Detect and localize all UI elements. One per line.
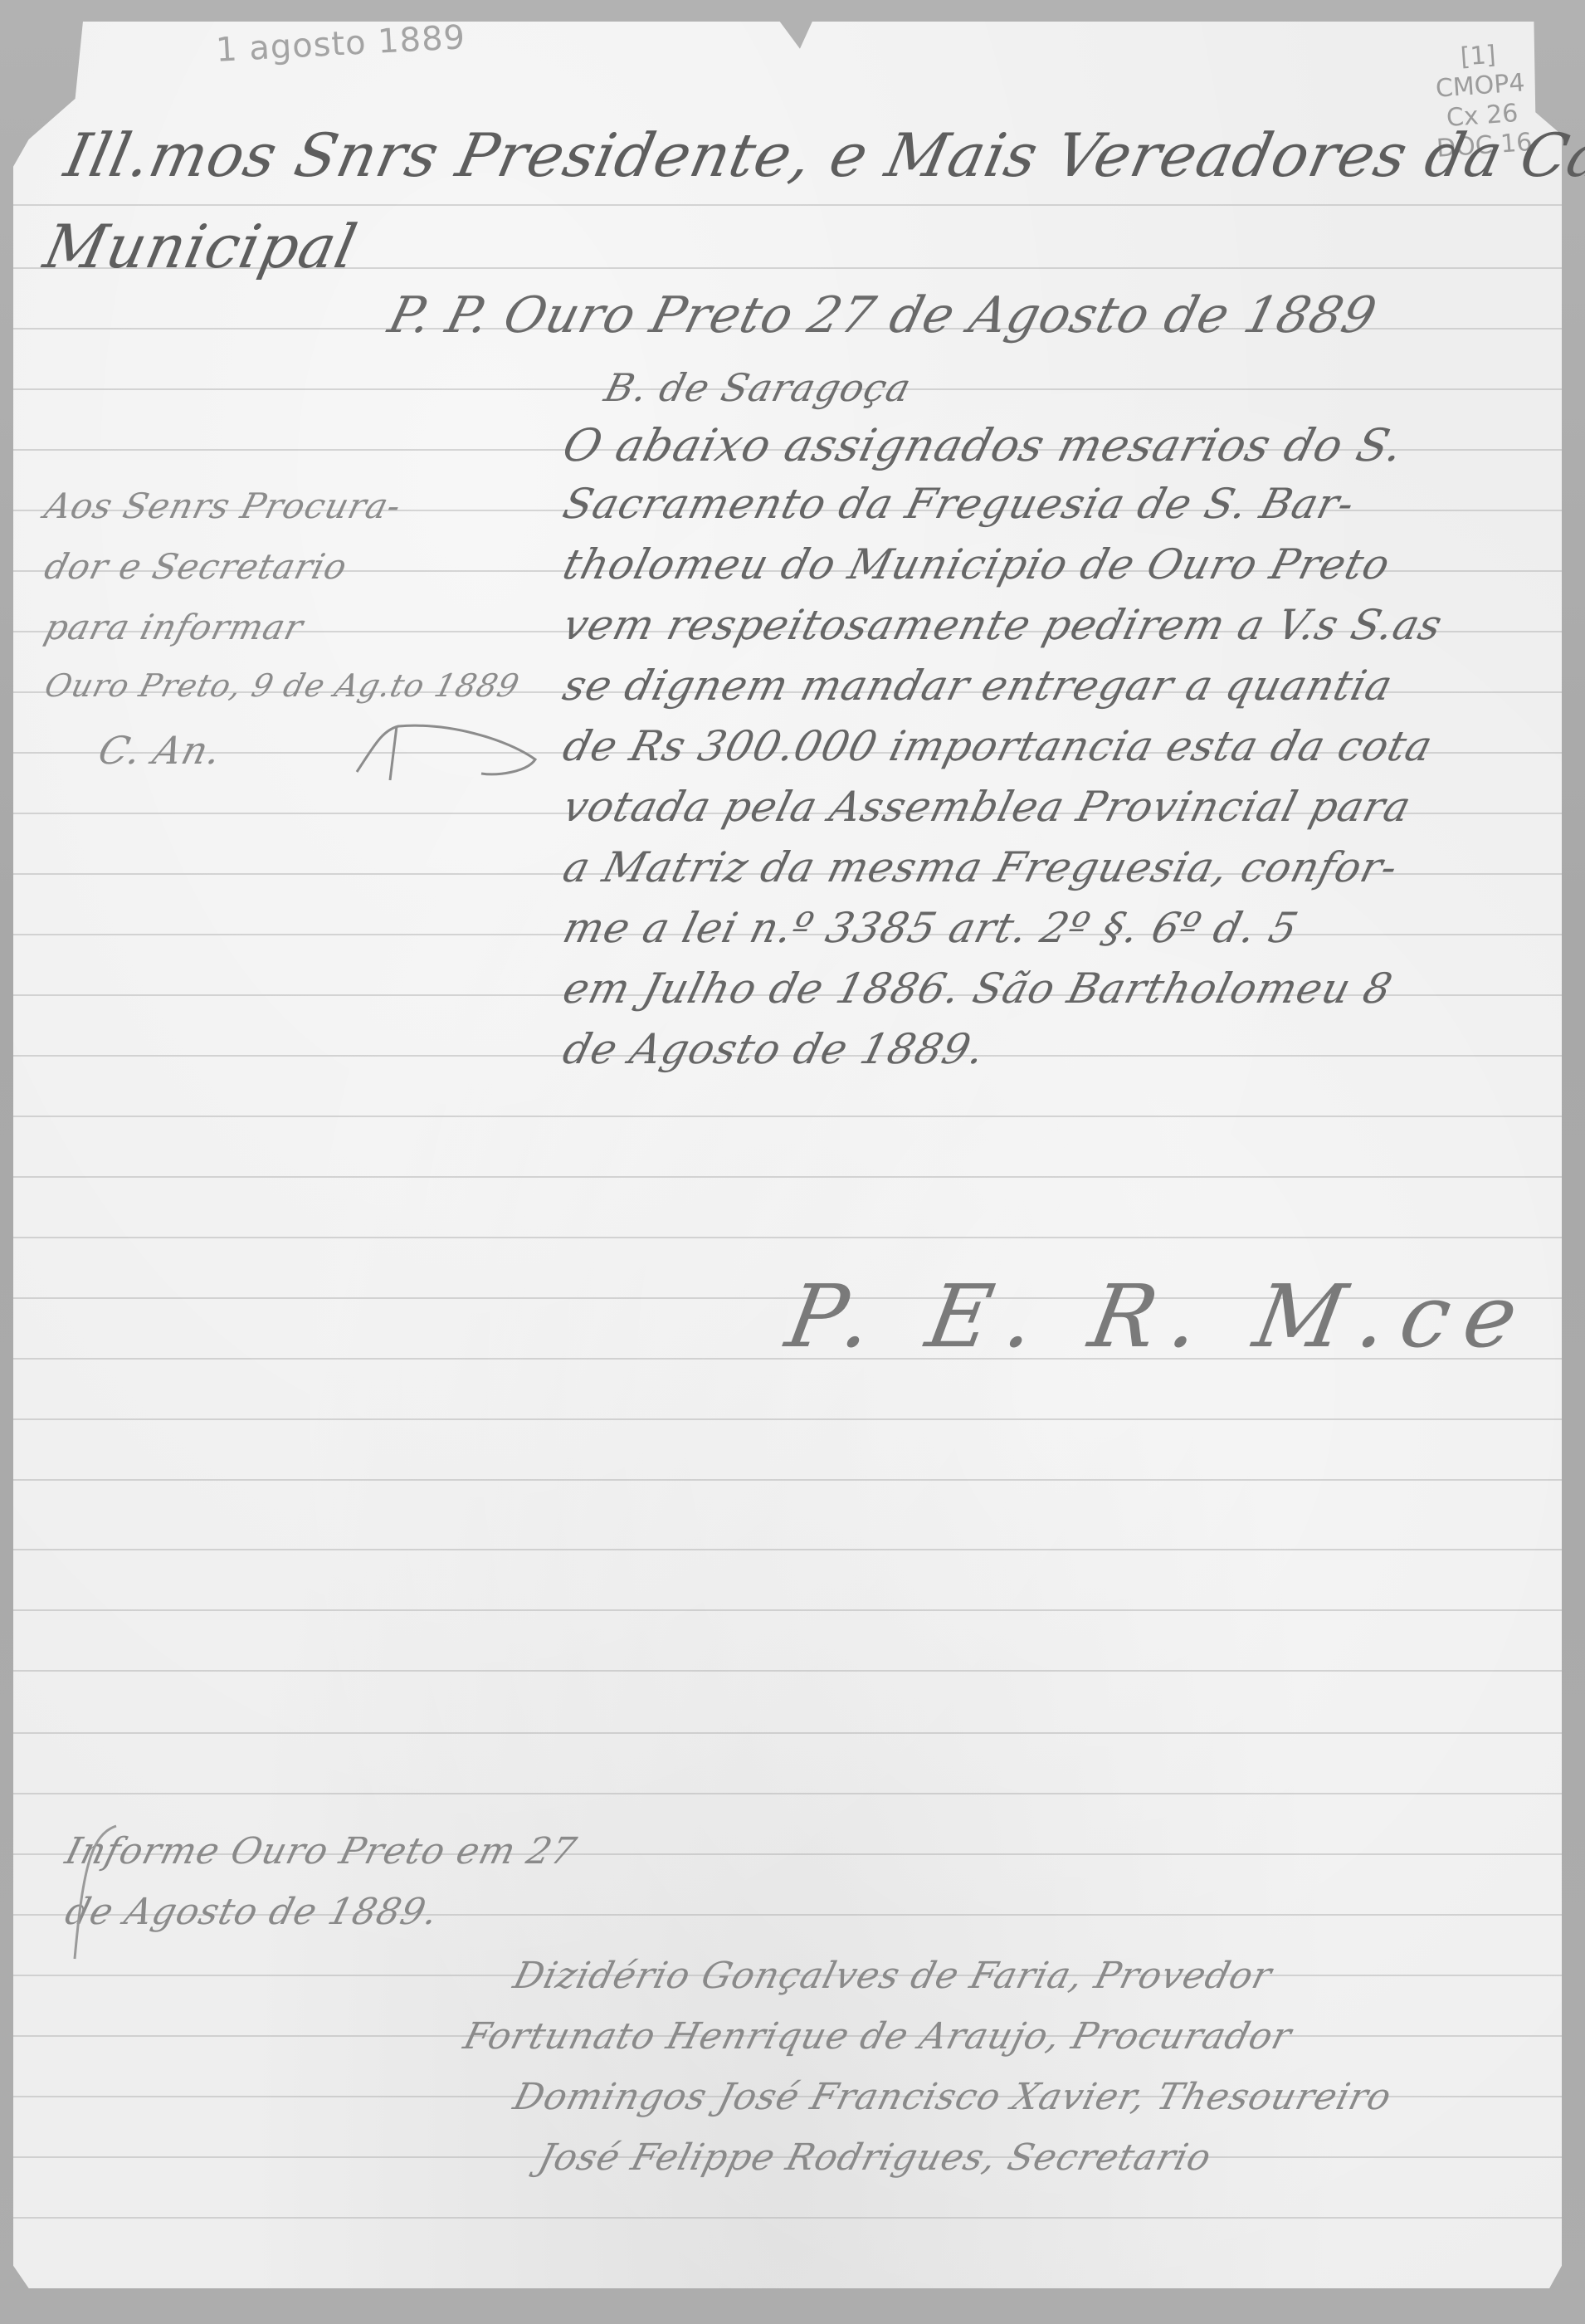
ruled-line (13, 1732, 1562, 1734)
ruled-line (13, 1116, 1562, 1117)
signatory: Fortunato Henrique de Araujo, Procurador (460, 2015, 1296, 2058)
body-line: a Matriz da mesma Freguesia, confor- (558, 843, 1403, 891)
ruled-line (13, 204, 1562, 206)
body-line: O abaixo assignados mesarios do S. (558, 419, 1409, 471)
bottom-note-line: Informe Ouro Preto em 27 (61, 1830, 581, 1872)
body-line: de Agosto de 1889. (558, 1025, 991, 1073)
ruled-line (13, 1237, 1562, 1238)
body-line: me a lei n.º 3385 art. 2º §. 6º d. 5 (558, 904, 1304, 952)
closing-formula: P. E. R. M.ce (779, 1266, 1539, 1367)
ruled-line (13, 1609, 1562, 1611)
body-line: vem respeitosamente pedirem a V.s S.as (558, 601, 1448, 649)
body-line: votada pela Assemblea Provincial para (558, 783, 1417, 831)
signatory: Dizidério Gonçalves de Faria, Provedor (510, 1955, 1276, 1997)
body-line: se dignem mandar entregar a quantia (558, 662, 1398, 710)
margin-note-signature: C. An. (94, 728, 227, 773)
ruled-line (13, 1479, 1562, 1481)
ruled-line (13, 1418, 1562, 1420)
margin-note-line: Aos Senrs Procura- (41, 486, 406, 526)
ruled-line (13, 1549, 1562, 1550)
salutation-line-1: Ill.mos Snrs Presidente, e Mais Vereador… (59, 120, 1585, 190)
salutation-line-2: Municipal (38, 212, 363, 281)
manuscript-page (13, 22, 1562, 2288)
body-line: Sacramento da Freguesia de S. Bar- (558, 480, 1360, 528)
ruled-line (13, 1793, 1562, 1794)
body-line: em Julho de 1886. São Bartholomeu 8 (558, 964, 1397, 1013)
ruled-line (13, 1176, 1562, 1178)
body-line: tholomeu do Municipio de Ouro Preto (558, 540, 1396, 588)
dispatch-place-date: P. P. Ouro Preto 27 de Agosto de 1889 (383, 286, 1383, 344)
ruled-line (13, 1670, 1562, 1672)
signatory: Domingos José Francisco Xavier, Thesoure… (510, 2076, 1397, 2118)
ruled-line (13, 2217, 1562, 2219)
margin-note-line: Ouro Preto, 9 de Ag.to 1889 (41, 667, 524, 704)
bottom-note-line: de Agosto de 1889. (61, 1891, 443, 1933)
margin-note-line: para informar (41, 607, 308, 647)
margin-note-line: dor e Secretario (41, 546, 352, 587)
signatory: José Felippe Rodrigues, Secretario (534, 2136, 1217, 2179)
body-line: de Rs 300.000 importancia esta da cota (558, 722, 1438, 770)
dispatch-initials: B. de Saragoça (600, 365, 915, 410)
